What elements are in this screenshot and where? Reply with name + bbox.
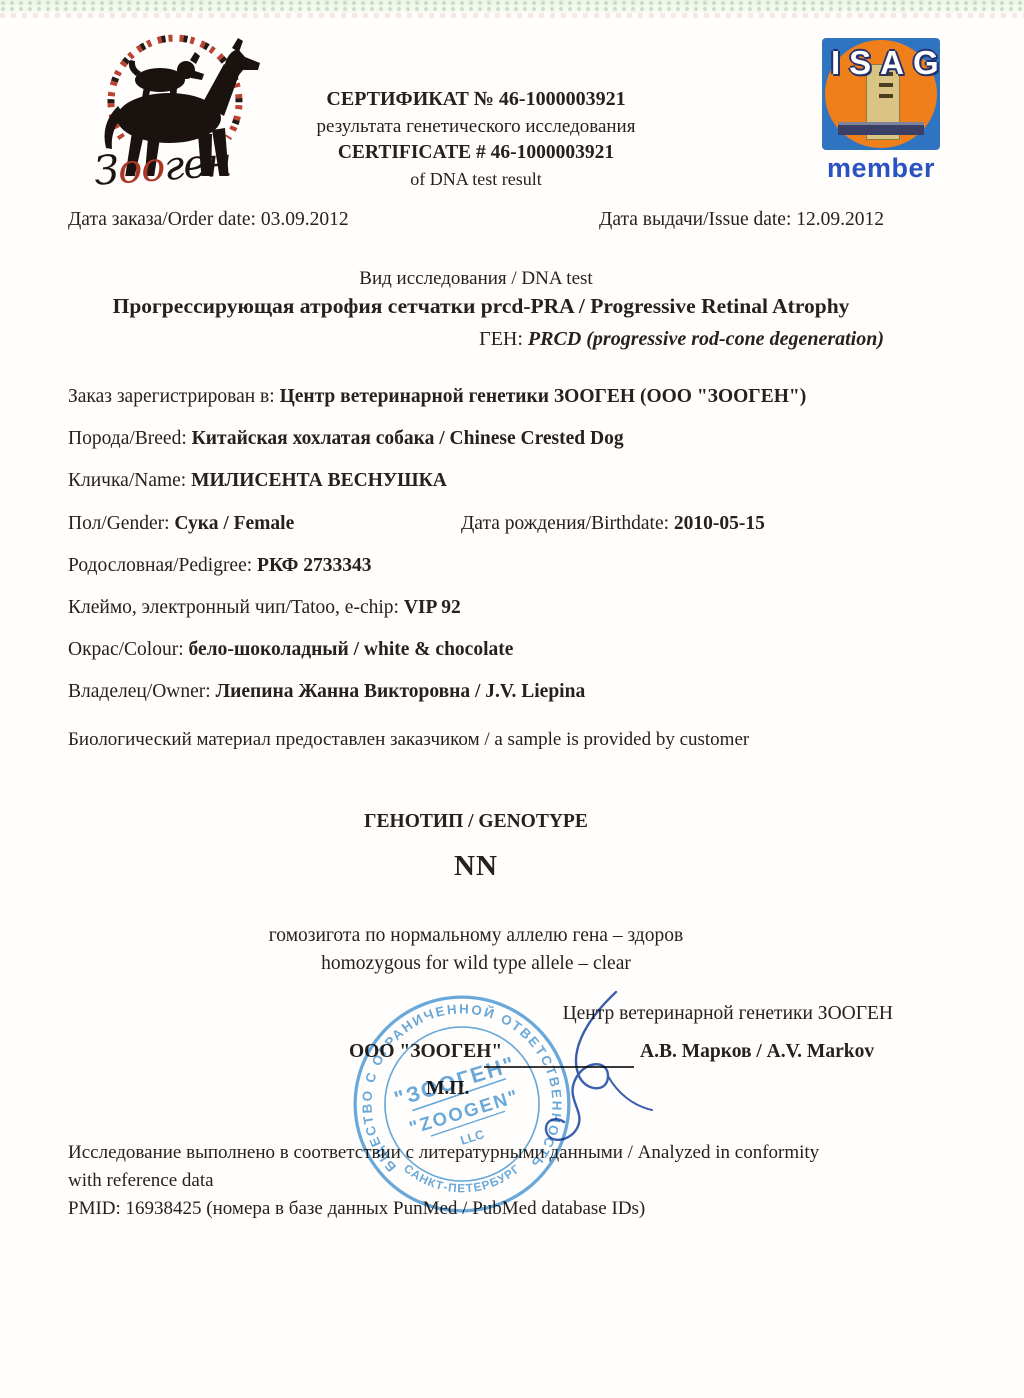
field-label: Родословная/Pedigree: [68, 555, 252, 576]
field-value: 2010-05-15 [674, 513, 765, 534]
field-label: Заказ зарегистрирован в: [68, 386, 275, 407]
issue-date: Дата выдачи/Issue date: 12.09.2012 [599, 209, 884, 231]
cert-subtitle-en: of DNA test result [68, 167, 884, 192]
genotype-value: NN [68, 850, 884, 883]
field-pair-gender: Пол/Gender: Сука / Female [68, 513, 294, 534]
field-label: Клеймо, электронный чип/Tatoo, e-chip: [68, 597, 399, 618]
signature-scribble [518, 988, 683, 1163]
field-label: Дата рождения/Birthdate: [461, 513, 669, 534]
gene-label: ГЕН: [479, 328, 523, 350]
cert-number-en: CERTIFICATE # 46-1000003921 [68, 140, 884, 167]
field-row-name: Кличка/Name: МИЛИСЕНТА ВЕСНУШКА [68, 460, 994, 502]
field-value: Центр ветеринарной генетики ЗООГЕН (ООО … [280, 386, 807, 407]
field-value: РКФ 2733343 [257, 555, 371, 576]
field-value: Китайская хохлатая собака / Chinese Cres… [192, 428, 624, 449]
field-row-gender-birthdate: Пол/Gender: Сука / Female Дата рождения/… [68, 503, 994, 545]
stamp-llc: LLC [459, 1127, 486, 1147]
field-value: Лиепина Жанна Викторовна / J.V. Liepina [216, 681, 586, 702]
isag-word: ISAG [822, 44, 940, 82]
field-label: Пол/Gender: [68, 513, 170, 534]
genotype-description: гомозигота по нормальному аллелю гена – … [68, 922, 884, 977]
isag-member-label: member [822, 153, 940, 184]
certificate-title-block: СЕРТИФИКАТ № 46-1000003921 результата ге… [68, 86, 884, 192]
field-row-breed: Порода/Breed: Китайская хохлатая собака … [68, 418, 994, 460]
dates-row: Дата заказа/Order date: 03.09.2012 Дата … [68, 209, 884, 231]
field-label: Кличка/Name: [68, 470, 186, 491]
gene-value: PRCD (progressive rod-cone degeneration) [528, 328, 884, 350]
gene-line: ГЕН: PRCD (progressive rod-cone degenera… [68, 328, 884, 351]
isag-bar-icon [838, 122, 924, 135]
field-label: Владелец/Owner: [68, 681, 211, 702]
cert-subtitle-ru: результата генетического исследования [68, 114, 884, 140]
scan-edge-pattern [0, 0, 1024, 13]
isag-logo-icon: ISAG [822, 38, 940, 150]
certificate-fields: Заказ зарегистрирован в: Центр ветеринар… [68, 376, 994, 714]
certificate-page: Зооген СЕРТИФИКАТ № 46-1000003921 резуль… [0, 0, 1024, 1398]
dna-test-name: Прогрессирующая атрофия сетчатки prcd-PR… [48, 294, 914, 319]
field-row-tatoo: Клеймо, электронный чип/Tatoo, e-chip: V… [68, 587, 994, 629]
order-date: Дата заказа/Order date: 03.09.2012 [68, 209, 349, 231]
field-value: VIP 92 [404, 597, 461, 618]
field-value: МИЛИСЕНТА ВЕСНУШКА [191, 470, 447, 491]
genotype-heading: ГЕНОТИП / GENOTYPE [68, 811, 884, 833]
field-row-registered: Заказ зарегистрирован в: Центр ветеринар… [68, 376, 994, 418]
field-row-colour: Окрас/Colour: бело-шоколадный / white & … [68, 629, 994, 671]
field-label: Окрас/Colour: [68, 639, 184, 660]
cert-number-ru: СЕРТИФИКАТ № 46-1000003921 [68, 86, 884, 114]
genotype-desc-ru: гомозигота по нормальному аллелю гена – … [68, 922, 884, 950]
dna-test-heading: Вид исследования / DNA test [68, 268, 884, 290]
field-label: Порода/Breed: [68, 428, 187, 449]
field-value: бело-шоколадный / white & chocolate [189, 639, 514, 660]
field-row-owner: Владелец/Owner: Лиепина Жанна Викторовна… [68, 671, 994, 713]
field-pair-birthdate: Дата рождения/Birthdate: 2010-05-15 [461, 503, 765, 545]
genotype-desc-en: homozygous for wild type allele – clear [68, 950, 884, 978]
sample-note: Биологический материал предоставлен зака… [68, 729, 964, 751]
isag-member-badge: ISAG member [822, 38, 940, 184]
field-value: Сука / Female [174, 513, 294, 534]
field-row-pedigree: Родословная/Pedigree: РКФ 2733343 [68, 545, 994, 587]
